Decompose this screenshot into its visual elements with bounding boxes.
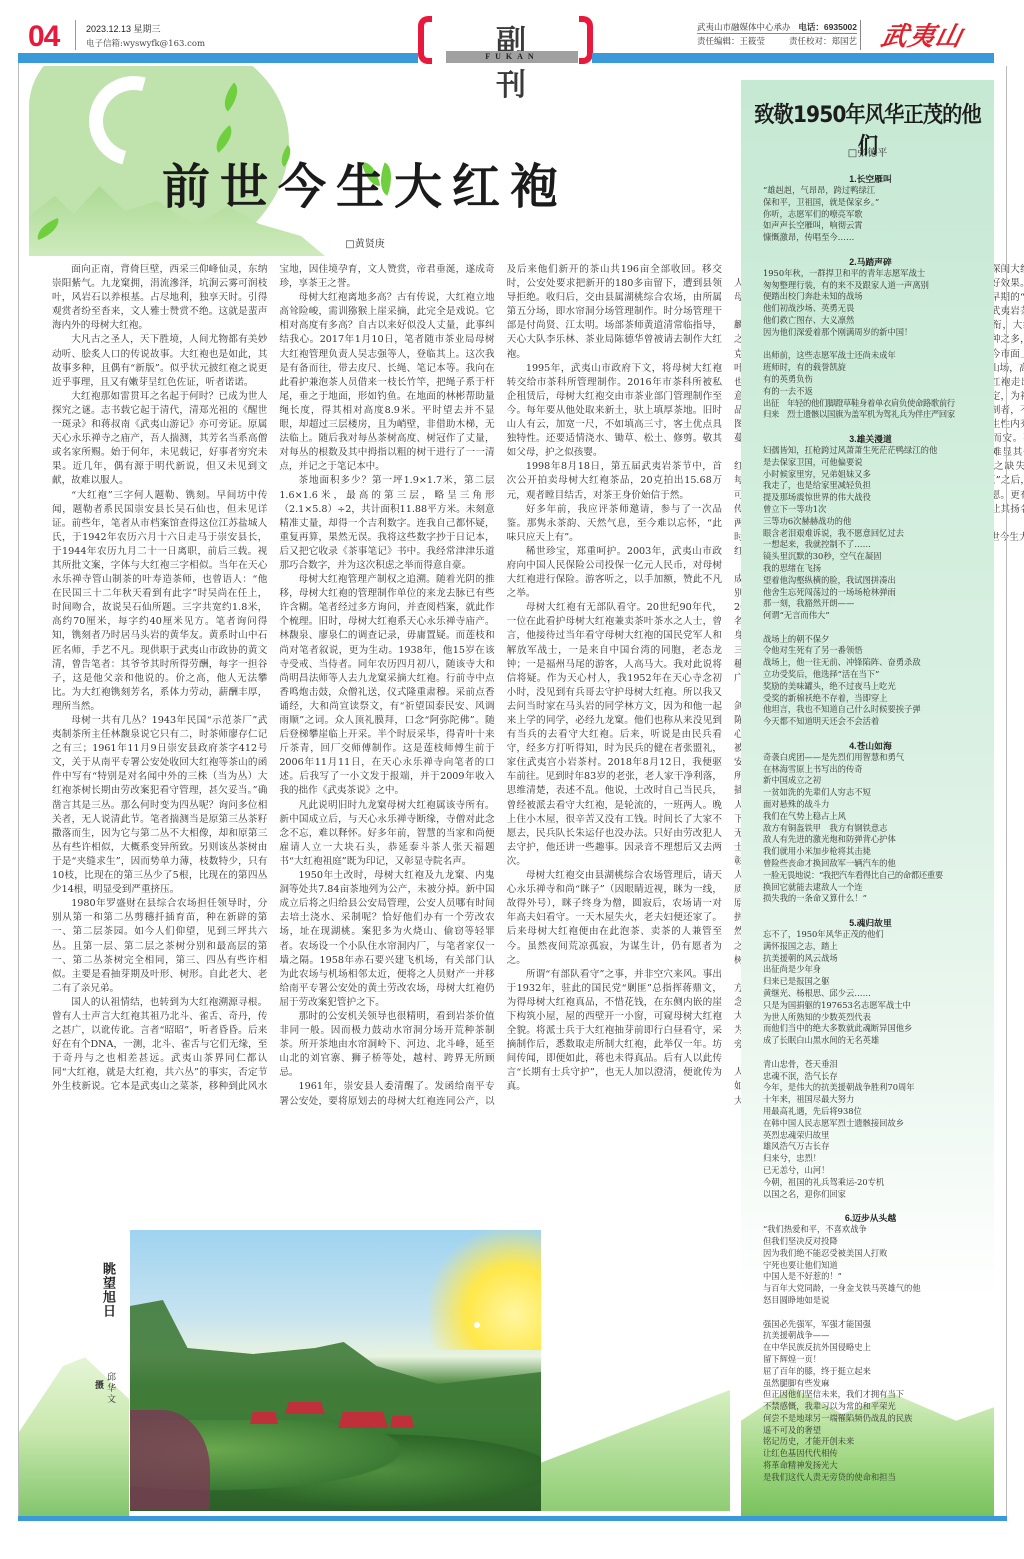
poem-line: 有的英勇负伤 xyxy=(763,374,988,386)
poem-line: 忠魂不泯，浩气长存 xyxy=(763,1071,988,1083)
poem-line: 我们就用小米加步枪将其击毙 xyxy=(763,846,988,858)
proofreader: 责任校对：郑国艺 xyxy=(789,34,857,48)
photo-caption: 眺望旭日 xyxy=(96,1262,116,1318)
poem-byline: □张德平 xyxy=(741,144,994,159)
poem-line: 十年来，祖国尽最大努力 xyxy=(763,1094,988,1106)
temple-roofs xyxy=(250,1400,420,1440)
poem-line: 黄继光、杨根思、邱少云…… xyxy=(763,988,988,1000)
poem-line: 出征 年轻的他们脚蹬草鞋身着单衣肩负使命路歌前行 xyxy=(763,398,988,410)
article-paragraph: 凡此说明旧时九龙窠母树大红袍属该寺所有。新中国成立后，与天心永乐禅寺断缘，寺僧对… xyxy=(279,799,494,869)
newspaper-logo: 武夷山 xyxy=(878,16,967,53)
sun-icon xyxy=(474,1322,480,1328)
poem-line: 宁死也要让他们知道 xyxy=(763,1260,988,1272)
poem-line: “雄赳赳，气昂昂，跨过鸭绿江 xyxy=(763,185,988,197)
poem-stanza: “我们热爱和平，不喜欢战争 但我们坚决反对投降 因为我们绝不能忍受被美国人打败 … xyxy=(763,1224,988,1307)
organizer: 武夷山市融媒体中心承办 xyxy=(697,20,791,33)
article-paragraph: “大红袍”三字何人题勒、镌刻。早间坊中传闻，题勒者系民国崇安县长吴石仙也，但未见… xyxy=(52,489,267,715)
poem-line: 一贫如洗的先辈们人穷志不短 xyxy=(763,787,988,799)
poem-line: 铭记历史，才能开创未来 xyxy=(763,1436,988,1448)
masthead-vline xyxy=(860,20,861,50)
poem-line: 战场上的朝不保夕 xyxy=(763,634,988,646)
poem-line: 有的一去不返 xyxy=(763,386,988,398)
article-paragraph: 1980年罗盛财在县综合农场担任领导时，分别从第一和第二丛剪穗扦插育苗，种在新辟… xyxy=(52,897,267,996)
poem-stanza: 妇孺皆知，扛枪跨过风萧萧生死茫茫鸭绿江的他 是去保家卫国，可他偏要说 小时候家里… xyxy=(763,445,988,622)
masthead: 04 2023.12.13 星期三 电子信箱:wyswyfk@163.com 副… xyxy=(0,0,1024,66)
poem-line: 为世人所熟知的少数英烈代表 xyxy=(763,1012,988,1024)
poem-line: 你听，志愿军们的嘹亮军歌 xyxy=(763,209,988,221)
poem-line: 抗美援朝战争—— xyxy=(763,1330,988,1342)
poem-section: 6.迈步从头越 “我们热爱和平，不喜欢战争 但我们坚决反对投降 因为我们绝不能忍… xyxy=(763,1212,988,1484)
masthead-info: 武夷山市融媒体中心承办 电话：6935002 责任编辑：王筱莹 责任校对：郑国艺 xyxy=(697,20,1017,48)
article-paragraph: 稀世珍宝，郑重呵护。2003年，武夷山市政府向中国人民保险公司投保一亿元人民币，… xyxy=(507,545,722,601)
poem-line: 奇袭白虎团——是先烈们用智慧和勇气 xyxy=(763,752,988,764)
poem-line: 忘不了，1950年风华正茂的他们 xyxy=(763,929,988,941)
poem-line: 是我们这代人责无旁贷的使命和担当 xyxy=(763,1472,988,1484)
footer-bar-right xyxy=(730,1516,1007,1521)
poem-section-heading: 4.苍山如海 xyxy=(763,740,978,752)
poem-line: 今朝，祖国的礼兵驾乘运-20专机 xyxy=(763,1177,988,1189)
poem-line: 用最高礼遇，先后将938位 xyxy=(763,1106,988,1118)
poem-stanza: “雄赳赳，气昂昂，跨过鸭绿江 保和平，卫祖国，就是保家乡。” 你听，志愿军们的嘹… xyxy=(763,185,988,244)
poem-line: 令他对生死有了另一番领悟 xyxy=(763,645,988,657)
poem-line: 青山忠骨，苍天垂泪 xyxy=(763,1059,988,1071)
poem-line: 今年，是伟大的抗美援朝战争胜利70周年 xyxy=(763,1082,988,1094)
poem-line: 但我们坚决反对投降 xyxy=(763,1236,988,1248)
poem-line: 一想起来，我就控制不了…… xyxy=(763,539,988,551)
poem-line: 出师前，这些志愿军战士还尚未成年 xyxy=(763,350,988,362)
poem-line: 眼含老泪艰难诉说，我不愿意回忆过去 xyxy=(763,528,988,540)
poem-line: 慷慨激昂，传唱至今…… xyxy=(763,232,988,244)
header-bar-right xyxy=(592,53,994,63)
poem-section: 2.马踏声碎 1950年秋，一群捍卫和平的青年志愿军战士 匆匆整理行装，有的来不… xyxy=(763,256,988,421)
poem-line: 他们救亡图存、大义凛然 xyxy=(763,315,988,327)
article-paragraph: 1995年，武夷山市政府下文，将母树大红袍转交给市茶科所管理制作。2016年市茶… xyxy=(507,362,722,461)
poem-line: 三等功6次赫赫战功的他 xyxy=(763,516,988,528)
poem-line: 换回它就能去逮敌人一个连 xyxy=(763,882,988,894)
poem-section-heading: 2.马踏声碎 xyxy=(763,256,978,268)
poem-stanza: 战场上的朝不保夕 令他对生死有了另一番领悟 战场上，他一往无前、冲锋陷阵、奋勇杀… xyxy=(763,634,988,728)
masthead-info-row: 责任编辑：王筱莹 责任校对：郑国艺 xyxy=(697,34,857,48)
contact-email[interactable]: 电子信箱:wyswyfk@163.com xyxy=(86,37,205,49)
poem-line: 屈了百年的膝，终于挺立起来 xyxy=(763,1366,988,1378)
poem-line: 是去保家卫国，可他偏要说 xyxy=(763,457,988,469)
poem-line: 以国之名，迎你们回家 xyxy=(763,1189,988,1201)
poem-line: 抗美援朝的风云战场 xyxy=(763,953,988,965)
poem-section-heading: 6.迈步从头越 xyxy=(763,1212,978,1224)
poem-line: 英烈忠魂荣归故里 xyxy=(763,1130,988,1142)
poem-line: 不禁感慨，我辈习以为常的和平荣光 xyxy=(763,1401,988,1413)
article-paragraph: 好多年前，我应评茶师邀请，参与了一次品鉴。那隽永茶韵、天然气息，至今难以忘怀，“… xyxy=(507,503,722,545)
poem-line: 满怀报国之志，踏上 xyxy=(763,941,988,953)
page-number: 04 xyxy=(28,20,59,54)
article-body: 面向正南，背倚巨壁，西采三仰峰仙灵，东纳崇阳紫气。九龙窠拥，涓流滲泽，坑涧云雾可… xyxy=(52,263,722,1113)
article-paragraph: 母树大红袍管理产制权之追溯。随着光阴的推移，母树大红袍的管理制作单位的来龙去脉已… xyxy=(279,573,494,799)
photo-credit-name: 邱华文 xyxy=(105,1372,115,1405)
poem-line: 曾立下一等功1次 xyxy=(763,504,988,516)
poem-line: 在林海雪原上书写出的传奇 xyxy=(763,764,988,776)
poem-line: 何谓“无言而伟大” xyxy=(763,610,988,622)
poem-line: 保和平，卫祖国，就是保家乡。” xyxy=(763,197,988,209)
article-byline: □黄贤庚 xyxy=(0,235,730,250)
poem-line: 他们初战沙场、英勇无畏 xyxy=(763,303,988,315)
poem-line: 面对悬殊的战斗力 xyxy=(763,799,988,811)
poem-line: 虽然腿脚有些发麻 xyxy=(763,1378,988,1390)
poem-line: 损失我的一条命又算什么！” xyxy=(763,893,988,905)
poem-line: 奖励的美味罐头，绝不过夜马上吃光 xyxy=(763,681,988,693)
article-paragraph: 大凡古之圣人，天下胜境，人间尤物都有美妙动听、脍炙人口的传说故事。大红袍也是如此… xyxy=(52,333,267,389)
poem-line: 他坦言，我也不知道自己什么时候要挨子弹 xyxy=(763,704,988,716)
temple-roof-icon xyxy=(338,1412,388,1428)
poem-line: 归来兮，忠烈！ xyxy=(763,1153,988,1165)
poem-line: 一脸无畏地说：“我把汽车看得比自己的命都还重要 xyxy=(763,870,988,882)
article-paragraph: 1998年8月18日，第五届武夷岩茶节中，首次公开拍卖母树大红袍茶品，20克拍出… xyxy=(507,460,722,502)
poem-line: 成了长眠白山黑水间的无名英雄 xyxy=(763,1035,988,1047)
section-title-en: FUKAN xyxy=(446,51,578,63)
header-bar-left xyxy=(18,53,418,63)
article-paragraph: 母树大红袍有无部队看守。20世纪90年代，一位在此看护母树大红袍兼卖茶叶茶水之人… xyxy=(507,601,722,869)
article-paragraph: 母树大红袍离地多高？古有传说，大红袍立地高耸险峻，需训猕猴上崖采摘，此完全是戏说… xyxy=(279,291,494,474)
temple-roof-icon xyxy=(250,1412,278,1424)
poem-line: 出征尚是少年身 xyxy=(763,964,988,976)
footer-bar-left xyxy=(18,1516,730,1521)
poem-line: 敌人有先进的激光炮和防弹背心护体 xyxy=(763,834,988,846)
poem-line: 怒目圆睁地如是说 xyxy=(763,1295,988,1307)
poem-line: 提及那场震惊世界的伟大战役 xyxy=(763,492,988,504)
poem-line: 因为他们深爱着那个刚满周岁的新中国！ xyxy=(763,327,988,339)
poem-line: 归来已是报国之躯 xyxy=(763,976,988,988)
poem-line: 立功受奖后，他选择“活在当下” xyxy=(763,669,988,681)
poem-line: 归来 烈士遗骸以国旗为盖军机为驾礼兵为伴庄严回家 xyxy=(763,409,988,421)
poem-line: 与百年大党同龄，一身金戈铁马英雄气的他 xyxy=(763,1283,988,1295)
poem-line: 在韩中国人民志愿军烈士遗骸接回故乡 xyxy=(763,1118,988,1130)
article-paragraph: 母树一共有几丛？1943年民国“示范茶厂”武夷制茶所主任林馥泉说它只有二，时茶师… xyxy=(52,714,267,897)
article-paragraph: 大红袍那如雷贯耳之名起于何时？已成为世人探究之谜。志书载它起于清代，清郑光祖的《… xyxy=(52,390,267,489)
poem-section-heading: 1.长空雁叫 xyxy=(763,173,978,185)
poem-stanza: 忘不了，1950年风华正茂的他们 满怀报国之志，踏上 抗美援朝的风云战场 出征尚… xyxy=(763,929,988,1047)
poem-section: 5.魂归故里 忘不了，1950年风华正茂的他们 满怀报国之志，踏上 抗美援朝的风… xyxy=(763,917,988,1200)
poem-line: 望着他沟壑纵横的脸，我试图拼凑出 xyxy=(763,575,988,587)
poem-line: 班师时，有的载誉凯旋 xyxy=(763,362,988,374)
poem-line: 新中国成立之初 xyxy=(763,775,988,787)
poem-section: 4.苍山如海 奇袭白虎团——是先烈们用智慧和勇气 在林海雪原上书写出的传奇 新中… xyxy=(763,740,988,905)
poem-line: 遥不可及的奢望 xyxy=(763,1425,988,1437)
editor: 责任编辑：王筱莹 xyxy=(697,34,765,48)
poem-stanza: 强国必先强军，军强才能国强 抗美援朝战争—— 在中华民族反抗外国侵略史上 留下辉… xyxy=(763,1319,988,1484)
phone: 电话：6935002 xyxy=(798,20,857,33)
photo-credit-role: 摄 xyxy=(92,1380,104,1391)
landscape-photo[interactable] xyxy=(130,1230,541,1511)
poem-line: 强国必先强军，军强才能国强 xyxy=(763,1319,988,1331)
bracket-right-decoration xyxy=(579,16,593,64)
temple-roof-icon xyxy=(390,1416,414,1428)
poem-line: 曾险些丧命才换回敌军一辆汽车的他 xyxy=(763,858,988,870)
poem-line: 我们在气势上稳占上风 xyxy=(763,811,988,823)
article-title: 前世今生大红袍 xyxy=(0,148,730,217)
poem-stanza: 奇袭白虎团——是先烈们用智慧和勇气 在林海雪原上书写出的传奇 新中国成立之初 一… xyxy=(763,752,988,905)
masthead-divider xyxy=(75,20,76,50)
article-paragraph: 茶地面积多少？第一坪1.9×1.7米，第二层1.6×1.6米，最高的第三层，略呈… xyxy=(279,474,494,573)
article-paragraph: 面向正南，背倚巨壁，西采三仰峰仙灵，东纳崇阳紫气。九龙窠拥，涓流滲泽，坑涧云雾可… xyxy=(52,263,267,333)
poem-section: 1.长空雁叫 “雄赳赳，气昂昂，跨过鸭绿江 保和平，卫祖国，就是保家乡。” 你听… xyxy=(763,173,988,244)
poem-stanza: 青山忠骨，苍天垂泪 忠魂不泯，浩气长存 今年，是伟大的抗美援朝战争胜利70周年 … xyxy=(763,1059,988,1201)
poem-line: 小时候家里穷，兄弟姐妹又多 xyxy=(763,469,988,481)
poem-line: 他舍生忘死闯荡过的一场场枪林弹雨 xyxy=(763,587,988,599)
poem-line: 中国人是不好惹的！” xyxy=(763,1271,988,1283)
article-paragraph: 那时的公安机关领导也很精明，看到岩茶价值非同一般。因而极力鼓动水帘洞分场开荒种茶… xyxy=(279,1010,494,1080)
poem-line: 何尝不是地球另一端罹陷频仍战乱的民族 xyxy=(763,1413,988,1425)
article-paragraph: 母树大红袍交由县湖桃综合农场管理后，请天心永乐禅寺和尚“眯子”（因眼睛近视，眯为… xyxy=(507,869,722,968)
poem-line: 留下辉煌一页！ xyxy=(763,1354,988,1366)
poem-line: 便踏出校门奔赴未知的战场 xyxy=(763,291,988,303)
poem-line: 只是为国捐躯的197653名志愿军战士中 xyxy=(763,1000,988,1012)
poem-section-heading: 3.雄关漫道 xyxy=(763,433,978,445)
article-paragraph: 1950年土改时，母树大红袍及九龙窠、内鬼洞等处共7.84亩茶地列为公产，未被分… xyxy=(279,869,494,1010)
bracket-left-decoration xyxy=(418,16,432,64)
issue-date: 2023.12.13 星期三 xyxy=(86,22,161,35)
page-right-rule xyxy=(1006,66,1007,1521)
poem-line: 在中华民族反抗外国侵略史上 xyxy=(763,1342,988,1354)
poem-line: 但正因他们坚信未来，我们才拥有当下 xyxy=(763,1389,988,1401)
poem-line: 如声声长空雁叫，响彻云霄 xyxy=(763,220,988,232)
poem-line: 镜头里沉默的30秒，空气在凝固 xyxy=(763,551,988,563)
poem-line: 敌方有铜盔铁甲 我方有钢铁意志 xyxy=(763,823,988,835)
poem-line: 受奖的新棉袄绝不存着，当即穿上 xyxy=(763,693,988,705)
photo-credit: 邱华文摄 xyxy=(96,1372,116,1405)
poem-stanza: 1950年秋，一群捍卫和平的青年志愿军战士 匆匆整理行装，有的来不及跟家人道一声… xyxy=(763,268,988,339)
poem-line: 匆匆整理行装，有的来不及跟家人道一声离别 xyxy=(763,280,988,292)
poem-line: 已无恙兮，山河！ xyxy=(763,1165,988,1177)
article-paragraph: 所谓“有部队看守”之事，并非空穴来风。事出于1932年，驻此的国民党“剿匪”总指… xyxy=(507,968,722,1095)
poem-line: 将革命精神发扬光大 xyxy=(763,1460,988,1472)
poem-line: 我走了，也是给家里减轻负担 xyxy=(763,480,988,492)
poem-line: 雄风浩气万古长存 xyxy=(763,1141,988,1153)
poem-line: 妇孺皆知，扛枪跨过风萧萧生死茫茫鸭绿江的他 xyxy=(763,445,988,457)
poem-line: 我的思绪在飞扬 xyxy=(763,563,988,575)
sun-glow xyxy=(430,1230,541,1350)
temple-roof-icon xyxy=(285,1402,325,1414)
poem-line: 让红色基因代代相传 xyxy=(763,1448,988,1460)
poem-line: 今天都不知道明天还会不会活着 xyxy=(763,716,988,728)
masthead-info-row: 武夷山市融媒体中心承办 电话：6935002 xyxy=(697,20,857,34)
poem-section-heading: 5.魂归故里 xyxy=(763,917,978,929)
poem-line: 1950年秋，一群捍卫和平的青年志愿军战士 xyxy=(763,268,988,280)
poem-body: 1.长空雁叫 “雄赳赳，气昂昂，跨过鸭绿江 保和平，卫祖国，就是保家乡。” 你听… xyxy=(763,173,988,1495)
poem-section: 3.雄关漫道 妇孺皆知，扛枪跨过风萧萧生死茫茫鸭绿江的他 是去保家卫国，可他偏要… xyxy=(763,433,988,728)
poem-line: “我们热爱和平，不喜欢战争 xyxy=(763,1224,988,1236)
poem-stanza: 出师前，这些志愿军战士还尚未成年 班师时，有的载誉凯旋 有的英勇负伤 有的一去不… xyxy=(763,350,988,421)
poem-line: 那一刻，我豁然开朗—— xyxy=(763,598,988,610)
poem-line: 而他们当中的绝大多数就此魂断异国他乡 xyxy=(763,1023,988,1035)
poem-line: 战场上，他一往无前、冲锋陷阵、奋勇杀敌 xyxy=(763,657,988,669)
poem-line: 因为我们绝不能忍受被美国人打败 xyxy=(763,1248,988,1260)
